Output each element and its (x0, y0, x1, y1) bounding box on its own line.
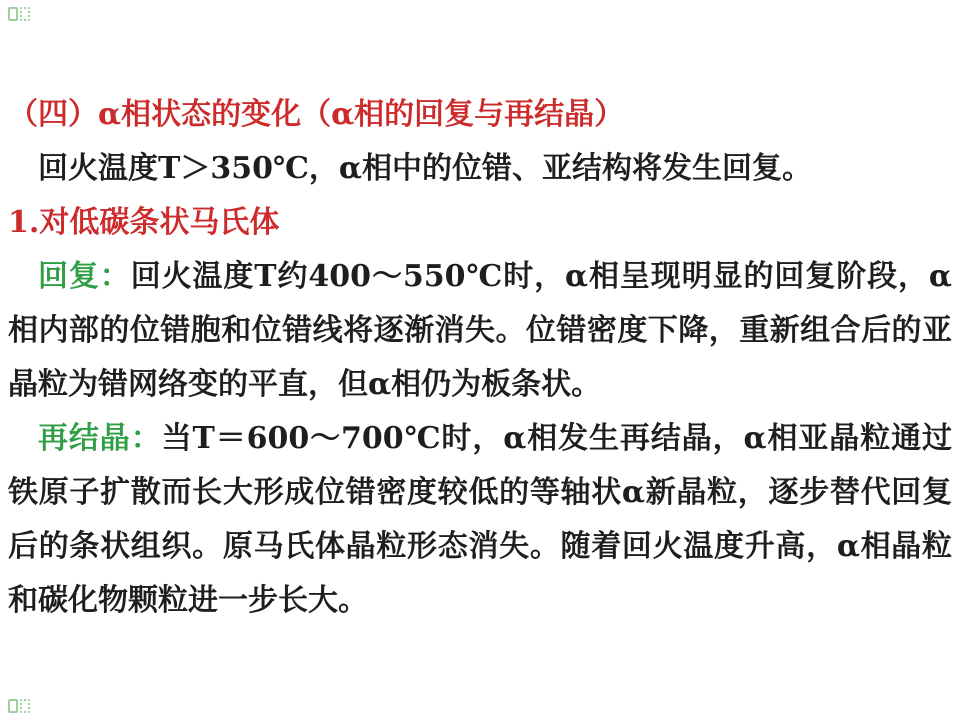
slide-title: （四）α相状态的变化（α相的回复与再结晶） (8, 88, 952, 142)
recovery-text: 回火温度T约400～550℃时，α相呈现明显的回复阶段，α相内部的位错胞和位错线… (8, 259, 952, 402)
slide-content: （四）α相状态的变化（α相的回复与再结晶） 回火温度T＞350℃，α相中的位错、… (8, 88, 952, 628)
intro-paragraph: 回火温度T＞350℃，α相中的位错、亚结构将发生回复。 (8, 142, 952, 196)
section-heading: 1.对低碳条状马氏体 (8, 196, 952, 250)
recovery-term: 回复： (38, 259, 131, 294)
corner-mark-icon (8, 699, 34, 715)
recrystallization-paragraph: 再结晶：当T＝600～700℃时，α相发生再结晶，α相亚晶粒通过铁原子扩散而长大… (8, 412, 952, 628)
corner-mark-icon (8, 7, 34, 23)
recovery-paragraph: 回复：回火温度T约400～550℃时，α相呈现明显的回复阶段，α相内部的位错胞和… (8, 250, 952, 412)
recrystallization-term: 再结晶： (38, 421, 162, 456)
